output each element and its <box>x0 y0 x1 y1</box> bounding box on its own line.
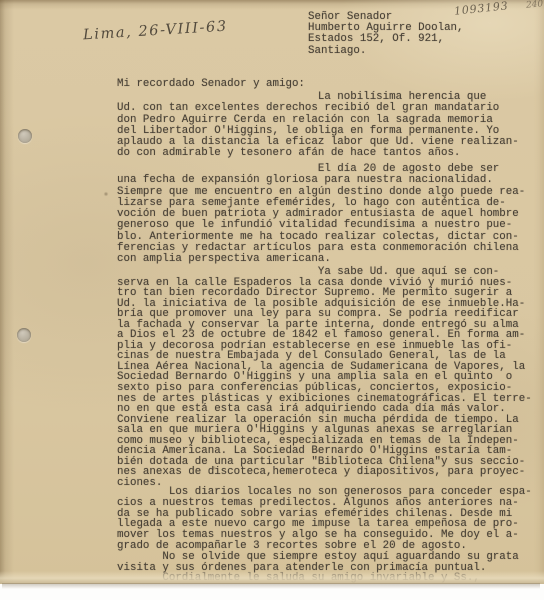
corner-page-number: 240 <box>526 0 544 11</box>
handwritten-date: Lima, 26-VIII-63 <box>83 19 228 44</box>
salutation: Mi recordado Senador y amigo: <box>117 79 305 90</box>
paragraph-5: No se olvide que siempre estoy aquí agua… <box>117 552 519 574</box>
punch-hole-bottom <box>17 328 31 342</box>
paragraph-1: La nobilísima herencia que Ud. con tan e… <box>117 92 519 160</box>
recipient-address: Señor Senador Humberto Aguirre Doolan, E… <box>308 12 464 57</box>
punch-hole-top <box>18 129 32 143</box>
paper-edge-shadow <box>2 583 540 589</box>
paper-sheet: Lima, 26-VIII-63 1093193 240 Señor Senad… <box>0 0 544 584</box>
paragraph-3: Ya sabe Ud. que aquí se con- serva en la… <box>117 267 532 488</box>
letter-scan: Lima, 26-VIII-63 1093193 240 Señor Senad… <box>0 0 544 600</box>
paragraph-4: Los diarios locales no son generosos par… <box>117 487 532 552</box>
paragraph-2: El día 20 de agosto debe ser una fecha d… <box>117 164 525 266</box>
